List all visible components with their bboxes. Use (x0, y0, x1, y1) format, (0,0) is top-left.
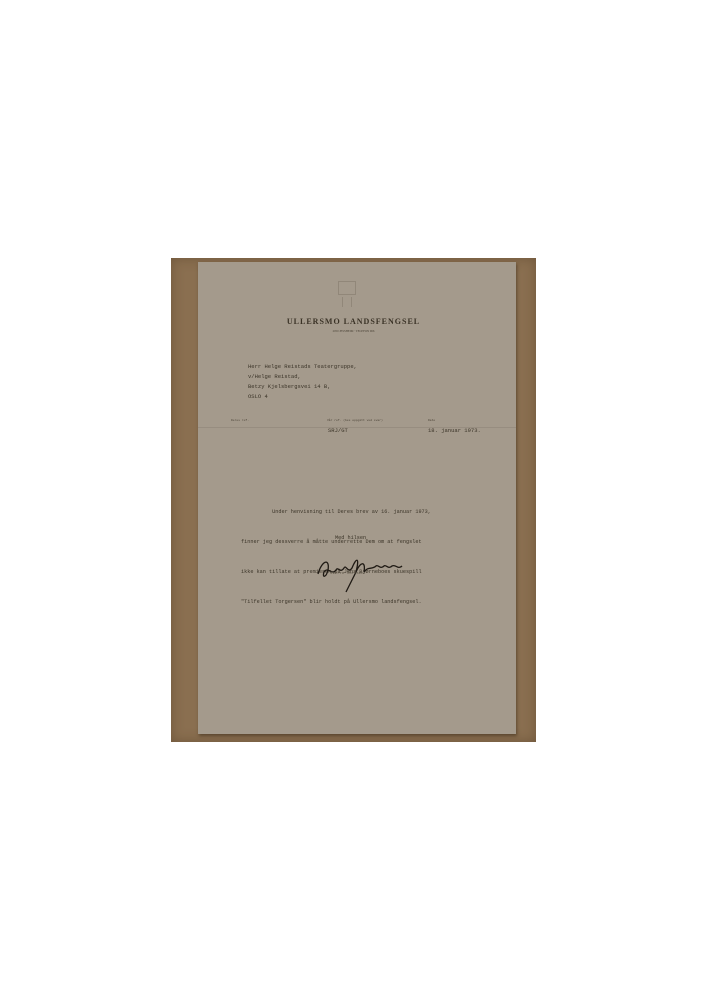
date-value: 18. januar 1973. (428, 427, 481, 434)
body-line: "Tilfellet Torgersen" blir holdt på Ulle… (241, 597, 521, 607)
recipient-address: Herr Helge Reistads Teatergruppe, v/Helg… (248, 362, 357, 402)
our-ref-value: SRJ/GT (328, 427, 348, 434)
body-line: finner jeg dessverre å måtte underrette … (241, 537, 521, 547)
coat-of-arms-icon (337, 281, 357, 309)
date-label: Dato (428, 419, 435, 422)
body-line: Under henvisning til Deres brev av 16. j… (241, 507, 521, 517)
closing-salutation: Med hilsen (335, 535, 366, 541)
signatory-name: Sverre Jörnsen (330, 572, 364, 576)
your-ref-label: Deres ref. (231, 419, 249, 422)
address-line: OSLO 4 (248, 392, 357, 402)
address-line: v/Helge Reistad, (248, 372, 357, 382)
letterhead-subtitle: 2050 JESSHEIM · TELEFON 966 (0, 329, 707, 333)
address-line: Betzy Kjelsbergsvei 14 B, (248, 382, 357, 392)
letterhead-title: ULLERSMO LANDSFENGSEL (0, 317, 707, 326)
our-ref-label: Vår ref. (bes oppgitt ved svar) (327, 419, 383, 422)
address-line: Herr Helge Reistads Teatergruppe, (248, 362, 357, 372)
